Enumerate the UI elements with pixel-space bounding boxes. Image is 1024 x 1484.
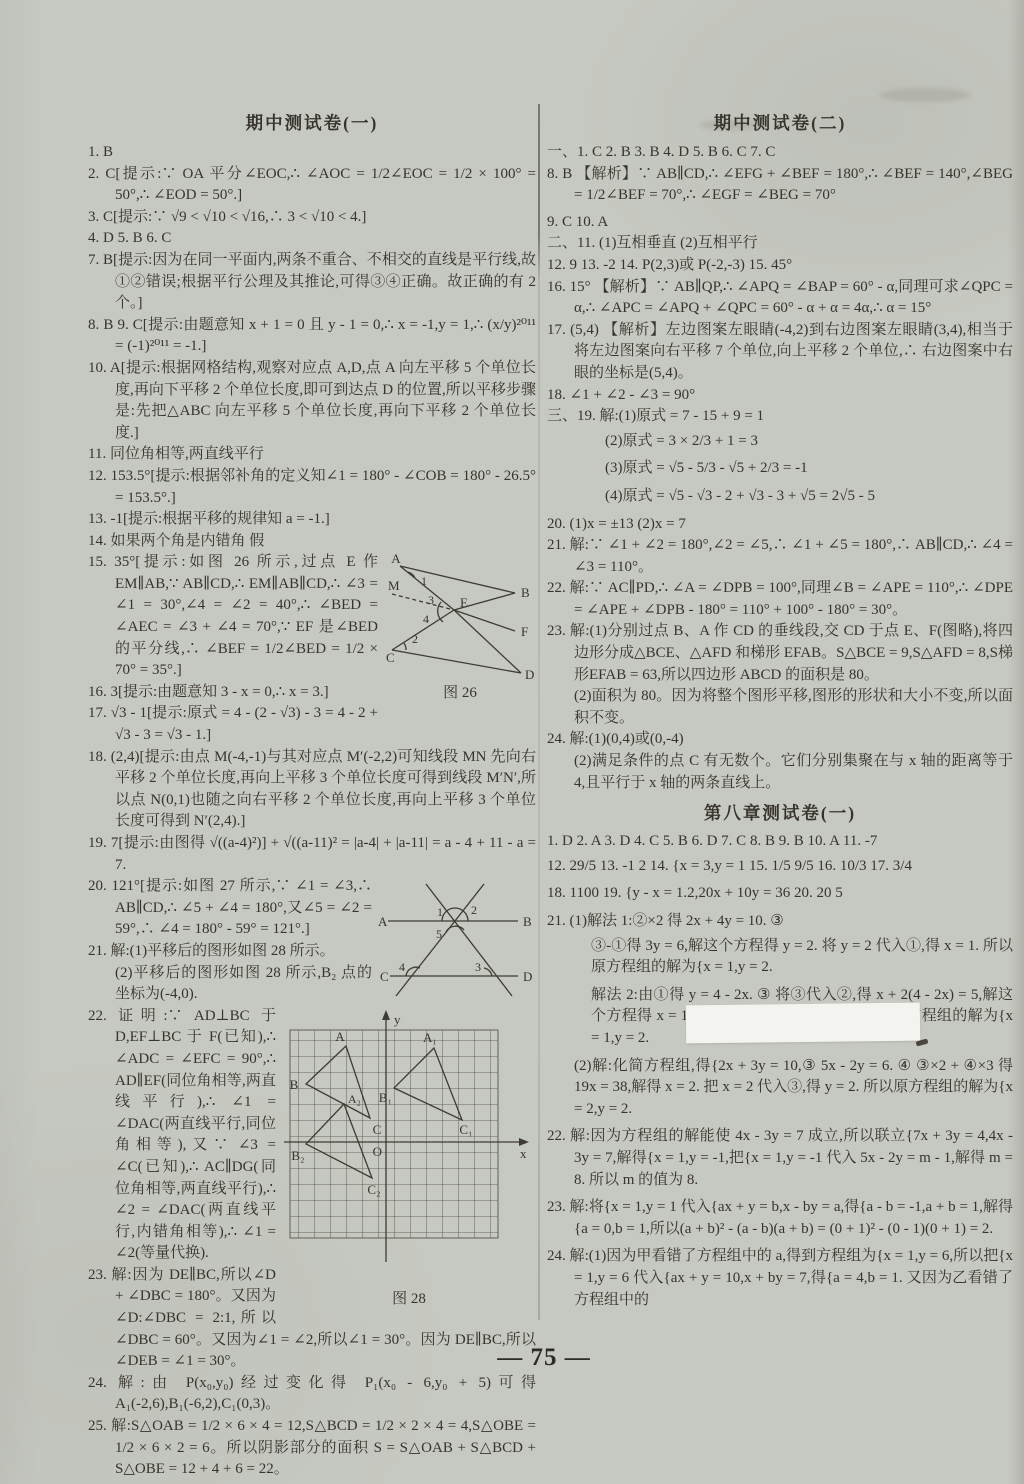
- fig26-label-D: D: [525, 667, 534, 682]
- correction-tape-redaction: [686, 1003, 920, 1044]
- answer-item: 1. B: [88, 142, 536, 164]
- fig28-label-x: x: [520, 1146, 527, 1161]
- fig27-label-C: C: [380, 969, 389, 984]
- fig26-label-F: F: [521, 624, 528, 639]
- answer-item: (2)原式 = 3 × 2/3 + 1 = 3: [547, 431, 1013, 453]
- answer-item: 23. 解:将{x = 1,y = 1 代入{ax + y = b,x - by…: [547, 1197, 1013, 1240]
- fig27-label-2: 2: [471, 903, 477, 917]
- answer-item: 13. -1[提示:根据平移的规律知 a = -1.]: [88, 509, 536, 531]
- fig28-label-C2: C₂: [367, 1182, 380, 1197]
- figure-28: y x O A B C A₂ B₂ C₂ A₁ B₁ C₁ 图 28: [282, 1008, 536, 1308]
- figure-26-caption: 图 26: [384, 681, 536, 702]
- answer-item: (2)解:化简方程组,得{2x + 3y = 10,③ 5x - 2y = 6.…: [547, 1056, 1013, 1121]
- fig27-label-D: D: [523, 969, 532, 984]
- fig28-label-A1: A₁: [423, 1030, 437, 1045]
- right-column: 期中测试卷(二) 一、1. C 2. B 3. B 4. D 5. B 6. C…: [547, 110, 1013, 1317]
- fig26-label-E: E: [460, 595, 468, 610]
- exam-title-chapter-8: 第八章测试卷(一): [547, 800, 1013, 825]
- figure-27: A B C D 1 2 5 4 3: [376, 878, 536, 1002]
- fig26-label-3: 3: [428, 593, 434, 607]
- figure-28-drawing: y x O A B C A₂ B₂ C₂ A₁ B₁ C₁: [282, 1008, 536, 1290]
- fig27-label-4: 4: [399, 960, 405, 974]
- fig27-label-A: A: [378, 914, 388, 929]
- figure-26-lines: [392, 566, 521, 673]
- left-column: 期中测试卷(一) 1. B 2. C[提示:∵ OA 平分∠EOC,∴ ∠AOC…: [88, 110, 536, 1481]
- answer-item: 22. 解:因为方程组的解能使 4x - 3y = 7 成立,所以联立{7x +…: [547, 1126, 1013, 1191]
- answer-item: 3. C[提示:∵ √9 < √10 < √16,∴ 3 < √10 < 4.]: [88, 207, 536, 229]
- answer-item: (3)原式 = √5 - 5/3 - √5 + 2/3 = -1: [547, 458, 1013, 480]
- figure-26-drawing: A 1 M 3 4 2 E B F C D: [384, 552, 536, 686]
- answer-item: 12. 153.5°[提示:根据邻补角的定义知∠1 = 180° - ∠COB …: [88, 466, 536, 509]
- page-number: — 75 —: [482, 1344, 606, 1372]
- fig26-label-M: M: [388, 578, 400, 593]
- fig27-label-1: 1: [437, 905, 443, 919]
- fig27-label-3: 3: [475, 960, 481, 974]
- answer-item: 24. 解:(1)因为甲看错了方程组中的 a,得到方程组为{x = 1,y = …: [547, 1246, 1013, 1311]
- figure-28-caption: 图 28: [282, 1287, 536, 1308]
- answer-item: 一、1. C 2. B 3. B 4. D 5. B 6. C 7. C: [547, 142, 1013, 164]
- answer-item: 25. 解:S△OAB = 1/2 × 6 × 4 = 12,S△BCD = 1…: [88, 1416, 536, 1481]
- fig26-label-C: C: [386, 650, 395, 665]
- answer-item: 1. D 2. A 3. D 4. C 5. B 6. D 7. C 8. B …: [547, 831, 1013, 853]
- answer-item: (2)满足条件的点 C 有无数个。它们分别集聚在与 x 轴的距离等于 4,且平行…: [547, 751, 1013, 794]
- fig26-label-A: A: [391, 552, 401, 566]
- answer-item: (4)原式 = √5 - √3 - 2 + √3 - 3 + √5 = 2√5 …: [547, 486, 1013, 508]
- fig28-label-B: B: [290, 1077, 299, 1092]
- figure-26: A 1 M 3 4 2 E B F C D 图 26: [384, 552, 536, 702]
- fig26-label-B: B: [521, 585, 530, 600]
- scan-smudge: [880, 88, 970, 102]
- answer-item: 17. (5,4) 【解析】左边图案左眼睛(-4,2)到右边图案左眼睛(3,4)…: [547, 320, 1013, 385]
- fig28-label-y: y: [394, 1012, 401, 1027]
- answer-item: 8. B 【解析】∵ AB∥CD,∴ ∠EFG + ∠BEF = 180°,∴ …: [547, 164, 1013, 207]
- fig28-label-B2: B₂: [291, 1148, 304, 1163]
- answer-item: 24. 解:(1)(0,4)或(0,-4): [547, 729, 1013, 751]
- answer-item: 19. 7[提示:由图得 √((a-4)²)] + √((a-11)² = |a…: [88, 833, 536, 876]
- answer-item: 12. 9 13. -2 14. P(2,3)或 P(-2,-3) 15. 45…: [547, 255, 1013, 277]
- answer-item: 9. C 10. A: [547, 212, 1013, 234]
- answer-item: 21. 解:∵ ∠1 + ∠2 = 180°,∠2 = ∠5,∴ ∠1 + ∠5…: [547, 535, 1013, 578]
- fig26-label-1: 1: [421, 574, 427, 588]
- fig26-label-4: 4: [423, 612, 429, 626]
- fig28-label-O: O: [373, 1144, 382, 1159]
- exam-title-midterm-2: 期中测试卷(二): [547, 110, 1013, 135]
- fig28-label-B1: B₁: [379, 1090, 392, 1105]
- answer-item: 22. 解:∵ AC∥PD,∴ ∠A = ∠DPB = 100°,同理∠B = …: [547, 578, 1013, 621]
- answer-item: 12. 29/5 13. -1 2 14. {x = 3,y = 1 15. 1…: [547, 856, 1013, 878]
- answer-item: ③-①得 3y = 6,解这个方程得 y = 2. 将 y = 2 代入①,得 …: [547, 936, 1013, 979]
- figure-27-lines: [388, 884, 518, 996]
- answer-item: 16. 15° 【解析】∵ AB∥QP,∴ ∠APQ = ∠BAP = 60° …: [547, 277, 1013, 320]
- answer-item: 14. 如果两个角是内错角 假: [88, 531, 536, 553]
- fig27-label-5: 5: [436, 927, 442, 941]
- fig28-label-C: C: [373, 1122, 382, 1137]
- answer-item: 8. B 9. C[提示:由题意知 x + 1 = 0 且 y - 1 = 0,…: [88, 315, 536, 358]
- answer-item: 24. 解:由 P(x₀,y₀)经过变化得 P₁(x₀ - 6,y₀ + 5)可…: [88, 1373, 536, 1416]
- fig27-label-B: B: [523, 914, 532, 929]
- answer-item: 4. D 5. B 6. C: [88, 228, 536, 250]
- answer-item: 23. 解:(1)分别过点 B、A 作 CD 的垂线段,交 CD 于点 E、F(…: [547, 621, 1013, 686]
- answer-item: 20. (1)x = ±13 (2)x = 7: [547, 514, 1013, 536]
- answer-item: 2. C[提示:∵ OA 平分∠EOC,∴ ∠AOC = 1/2∠EOC = 1…: [88, 164, 536, 207]
- answer-item: 21. (1)解法 1:②×2 得 2x + 4y = 10. ③: [547, 911, 1013, 933]
- answer-item: 18. 1100 19. {y - x = 1.2,20x + 10y = 36…: [547, 883, 1013, 905]
- answer-item: 18. (2,4)[提示:由点 M(-4,-1)与其对应点 M′(-2,2)可知…: [88, 747, 536, 833]
- fig28-label-A2: A₂: [348, 1092, 361, 1106]
- answer-item: 7. B[提示:因为在同一平面内,两条不重合、不相交的直线是平行线,故①②错误;…: [88, 250, 536, 315]
- answer-item: 三、19. 解:(1)原式 = 7 - 15 + 9 = 1: [547, 406, 1013, 428]
- column-divider-line: [538, 104, 540, 1320]
- fig28-label-C1: C₁: [459, 1122, 472, 1137]
- answer-item: 二、11. (1)互相垂直 (2)互相平行: [547, 233, 1013, 255]
- answer-item: 10. A[提示:根据网格结构,观察对应点 A,D,点 A 向左平移 5 个单位…: [88, 358, 536, 444]
- answer-item: 18. ∠1 + ∠2 - ∠3 = 90°: [547, 385, 1013, 407]
- fig26-label-2: 2: [412, 632, 418, 646]
- exam-title-midterm-1: 期中测试卷(一): [88, 110, 536, 135]
- fig28-label-A: A: [335, 1029, 345, 1044]
- figure-27-drawing: A B C D 1 2 5 4 3: [376, 878, 536, 1002]
- answer-item: 11. 同位角相等,两直线平行: [88, 444, 536, 466]
- answer-item: 17. √3 - 1[提示:原式 = 4 - (2 - √3) - 3 = 4 …: [88, 703, 536, 746]
- answer-item: (2)面积为 80。因为将整个图形平移,图形的形状和大小不变,所以面积不变。: [547, 686, 1013, 729]
